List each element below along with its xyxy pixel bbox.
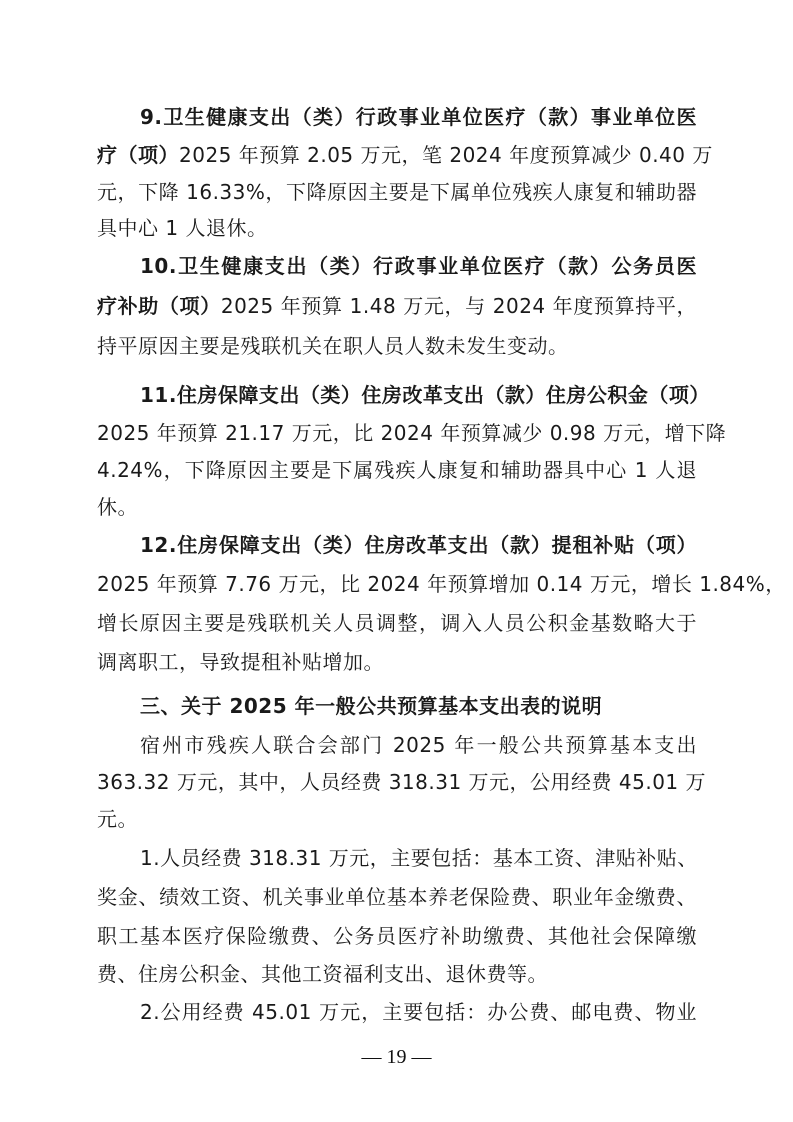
item-9-heading-cont: 疗（项） — [97, 143, 179, 167]
item-12-line-3: 增长原因主要是残联机关人员调整，调入人员公积金基数略大于 — [97, 609, 697, 637]
line-text: 2025 年预算 21.17 万元，比 2024 年预算减少 0.98 万元，增… — [97, 421, 726, 445]
page-number: — 19 — — [0, 1046, 793, 1069]
section-heading-text: 三、关于 2025 年一般公共预算基本支出表的说明 — [140, 694, 602, 718]
section-3-heading: 三、关于 2025 年一般公共预算基本支出表的说明 — [140, 692, 697, 720]
item-12-line-4: 调离职工，导致提租补贴增加。 — [97, 648, 697, 676]
line-text: 2025 年预算 1.48 万元，与 2024 年度预算持平， — [221, 294, 697, 318]
summary-line-1: 宿州市残疾人联合会部门 2025 年一般公共预算基本支出 — [140, 731, 697, 759]
line-text: 职工基本医疗保险缴费、公务员医疗补助缴费、其他社会保障缴 — [97, 924, 697, 948]
item-9-heading: 9.卫生健康支出（类）行政事业单位医疗（款）事业单位医 — [140, 105, 697, 129]
line-text: 1.人员经费 318.31 万元，主要包括：基本工资、津贴补贴、 — [140, 846, 698, 870]
item-10-line-2: 疗补助（项）2025 年预算 1.48 万元，与 2024 年度预算持平， — [97, 292, 697, 320]
summary-line-2: 363.32 万元，其中，人员经费 318.31 万元，公用经费 45.01 万 — [97, 768, 697, 796]
line-text: 休。 — [97, 495, 138, 519]
line-text: 元，下降 16.33%，下降原因主要是下属单位残疾人康复和辅助器 — [97, 180, 697, 204]
line-text: 持平原因主要是残联机关在职人员人数未发生变动。 — [97, 334, 569, 358]
line-text: 奖金、绩效工资、机关事业单位基本养老保险费、职业年金缴费、 — [97, 885, 697, 909]
personnel-line-3: 职工基本医疗保险缴费、公务员医疗补助缴费、其他社会保障缴 — [97, 922, 697, 950]
item-11-line-2: 2025 年预算 21.17 万元，比 2024 年预算减少 0.98 万元，增… — [97, 419, 697, 447]
item-10-line-1: 10.卫生健康支出（类）行政事业单位医疗（款）公务员医 — [140, 252, 697, 280]
line-text: 2025 年预算 7.76 万元，比 2024 年预算增加 0.14 万元，增长… — [97, 572, 786, 596]
item-12-line-1: 12.住房保障支出（类）住房改革支出（款）提租补贴（项） — [140, 531, 697, 559]
item-9-line-4: 具中心 1 人退休。 — [97, 214, 697, 242]
item-11-line-4: 休。 — [97, 493, 697, 521]
personnel-line-1: 1.人员经费 318.31 万元，主要包括：基本工资、津贴补贴、 — [140, 844, 697, 872]
summary-line-3: 元。 — [97, 805, 697, 833]
document-page: 9.卫生健康支出（类）行政事业单位医疗（款）事业单位医 疗（项）2025 年预算… — [0, 0, 793, 1122]
item-9-line-3: 元，下降 16.33%，下降原因主要是下属单位残疾人康复和辅助器 — [97, 178, 697, 206]
line-text: 具中心 1 人退休。 — [97, 216, 267, 240]
personnel-line-4: 费、住房公积金、其他工资福利支出、退休费等。 — [97, 960, 697, 988]
personnel-line-2: 奖金、绩效工资、机关事业单位基本养老保险费、职业年金缴费、 — [97, 883, 697, 911]
line-text: 元。 — [97, 807, 138, 831]
line-text: 费、住房公积金、其他工资福利支出、退休费等。 — [97, 962, 548, 986]
item-12-line-2: 2025 年预算 7.76 万元，比 2024 年预算增加 0.14 万元，增长… — [97, 570, 697, 598]
item-11-heading: 11.住房保障支出（类）住房改革支出（款）住房公积金（项） — [140, 383, 710, 407]
line-text: 增长原因主要是残联机关人员调整，调入人员公积金基数略大于 — [97, 611, 697, 635]
item-10-line-3: 持平原因主要是残联机关在职人员人数未发生变动。 — [97, 332, 697, 360]
public-expenses-line-1: 2.公用经费 45.01 万元，主要包括：办公费、邮电费、物业 — [140, 998, 697, 1026]
line-text: 2.公用经费 45.01 万元，主要包括：办公费、邮电费、物业 — [140, 1000, 697, 1024]
line-text: 调离职工，导致提租补贴增加。 — [97, 650, 384, 674]
line-text: 宿州市残疾人联合会部门 2025 年一般公共预算基本支出 — [140, 733, 697, 757]
item-11-line-1: 11.住房保障支出（类）住房改革支出（款）住房公积金（项） — [140, 381, 697, 409]
line-text: 4.24%，下降原因主要是下属残疾人康复和辅助器具中心 1 人退 — [97, 458, 697, 482]
item-10-heading-cont: 疗补助（项） — [97, 294, 221, 318]
line-text: 363.32 万元，其中，人员经费 318.31 万元，公用经费 45.01 万 — [97, 770, 706, 794]
line-text: 2025 年预算 2.05 万元，笔 2024 年度预算减少 0.40 万 — [179, 143, 713, 167]
item-9-line-1: 9.卫生健康支出（类）行政事业单位医疗（款）事业单位医 — [140, 103, 697, 131]
item-10-heading: 10.卫生健康支出（类）行政事业单位医疗（款）公务员医 — [140, 254, 697, 278]
item-9-line-2: 疗（项）2025 年预算 2.05 万元，笔 2024 年度预算减少 0.40 … — [97, 141, 697, 169]
item-12-heading: 12.住房保障支出（类）住房改革支出（款）提租补贴（项） — [140, 533, 697, 557]
item-11-line-3: 4.24%，下降原因主要是下属残疾人康复和辅助器具中心 1 人退 — [97, 456, 697, 484]
